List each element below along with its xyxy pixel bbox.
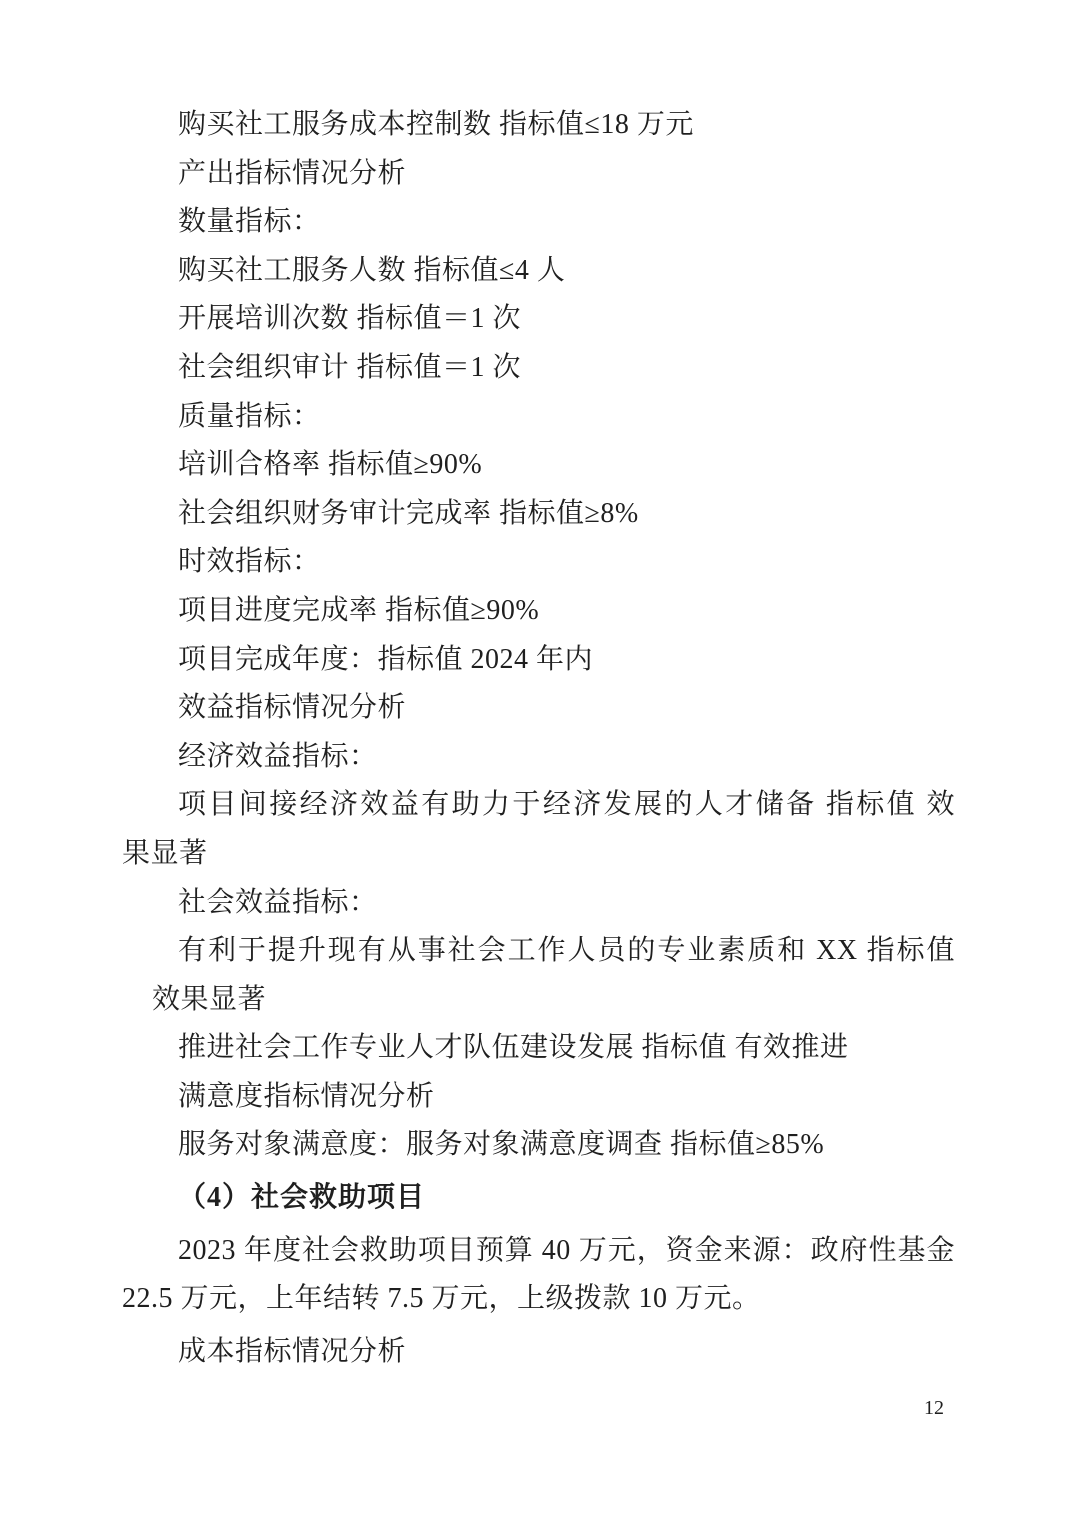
paragraph-line: 购买社工服务人数 指标值≤4 人 [122, 247, 955, 296]
paragraph-line: 有利于提升现有从事社会工作人员的专业素质和 XX 指标值 [122, 927, 955, 976]
paragraph-line: 质量指标： [122, 393, 955, 442]
page-number: 12 [924, 1396, 944, 1420]
paragraph-line: 社会效益指标： [122, 879, 955, 928]
paragraph-line: 项目进度完成率 指标值≥90% [122, 587, 955, 636]
paragraph-line: 开展培训次数 指标值＝1 次 [122, 295, 955, 344]
paragraph-line: 效果显著 [122, 976, 955, 1025]
paragraph-line: 成本指标情况分析 [122, 1328, 955, 1377]
document-page: 购买社工服务成本控制数 指标值≤18 万元 产出指标情况分析 数量指标： 购买社… [0, 0, 1069, 1514]
section-heading: （4）社会救助项目 [122, 1174, 955, 1223]
paragraph-line: 项目完成年度：指标值 2024 年内 [122, 636, 955, 685]
paragraph-line: 时效指标： [122, 538, 955, 587]
paragraph-line: 效益指标情况分析 [122, 684, 955, 733]
paragraph-line: 产出指标情况分析 [122, 150, 955, 199]
paragraph-line: 购买社工服务成本控制数 指标值≤18 万元 [122, 101, 955, 150]
paragraph-line: 2023 年度社会救助项目预算 40 万元，资金来源：政府性基金 [122, 1227, 955, 1276]
paragraph-line: 22.5 万元，上年结转 7.5 万元，上级拨款 10 万元。 [122, 1275, 955, 1324]
paragraph-line: 数量指标： [122, 198, 955, 247]
paragraph-line: 社会组织财务审计完成率 指标值≥8% [122, 490, 955, 539]
paragraph-line: 服务对象满意度：服务对象满意度调查 指标值≥85% [122, 1121, 955, 1170]
paragraph-line: 果显著 [122, 830, 955, 879]
paragraph-line: 经济效益指标： [122, 733, 955, 782]
document-body: 购买社工服务成本控制数 指标值≤18 万元 产出指标情况分析 数量指标： 购买社… [122, 101, 955, 1376]
paragraph-line: 推进社会工作专业人才队伍建设发展 指标值 有效推进 [122, 1024, 955, 1073]
paragraph-line: 社会组织审计 指标值＝1 次 [122, 344, 955, 393]
paragraph-line: 满意度指标情况分析 [122, 1073, 955, 1122]
paragraph-line: 培训合格率 指标值≥90% [122, 441, 955, 490]
paragraph-line: 项目间接经济效益有助力于经济发展的人才储备 指标值 效 [122, 781, 955, 830]
